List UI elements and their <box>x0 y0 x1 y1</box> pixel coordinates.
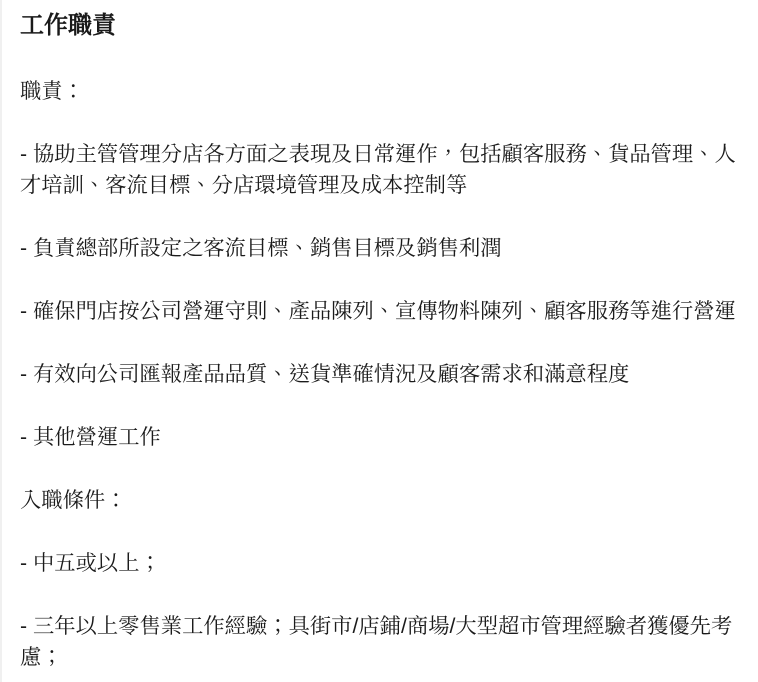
page-left-edge-divider <box>0 0 2 682</box>
responsibility-item: - 確保門店按公司營運守則、產品陳列、宣傳物料陳列、顧客服務等進行營運 <box>20 296 750 327</box>
responsibility-item: - 負責總部所設定之客流目標、銷售目標及銷售利潤 <box>20 233 750 264</box>
responsibility-item: - 其他營運工作 <box>20 422 750 453</box>
requirements-label: 入職條件： <box>20 485 750 516</box>
job-description-section: 工作職責 職責： - 協助主管管理分店各方面之表現及日常運作，包括顧客服務、貨品… <box>0 0 758 673</box>
responsibilities-label: 職責： <box>20 76 750 107</box>
requirement-item: - 三年以上零售業工作經驗；具街市/店鋪/商場/大型超市管理經驗者獲優先考慮； <box>20 611 750 673</box>
responsibility-item: - 有效向公司匯報產品品質、送貨準確情況及顧客需求和滿意程度 <box>20 359 750 390</box>
requirement-item: - 中五或以上； <box>20 548 750 579</box>
job-duties-heading: 工作職責 <box>20 9 750 42</box>
responsibility-item: - 協助主管管理分店各方面之表現及日常運作，包括顧客服務、貨品管理、人才培訓、客… <box>20 139 750 201</box>
